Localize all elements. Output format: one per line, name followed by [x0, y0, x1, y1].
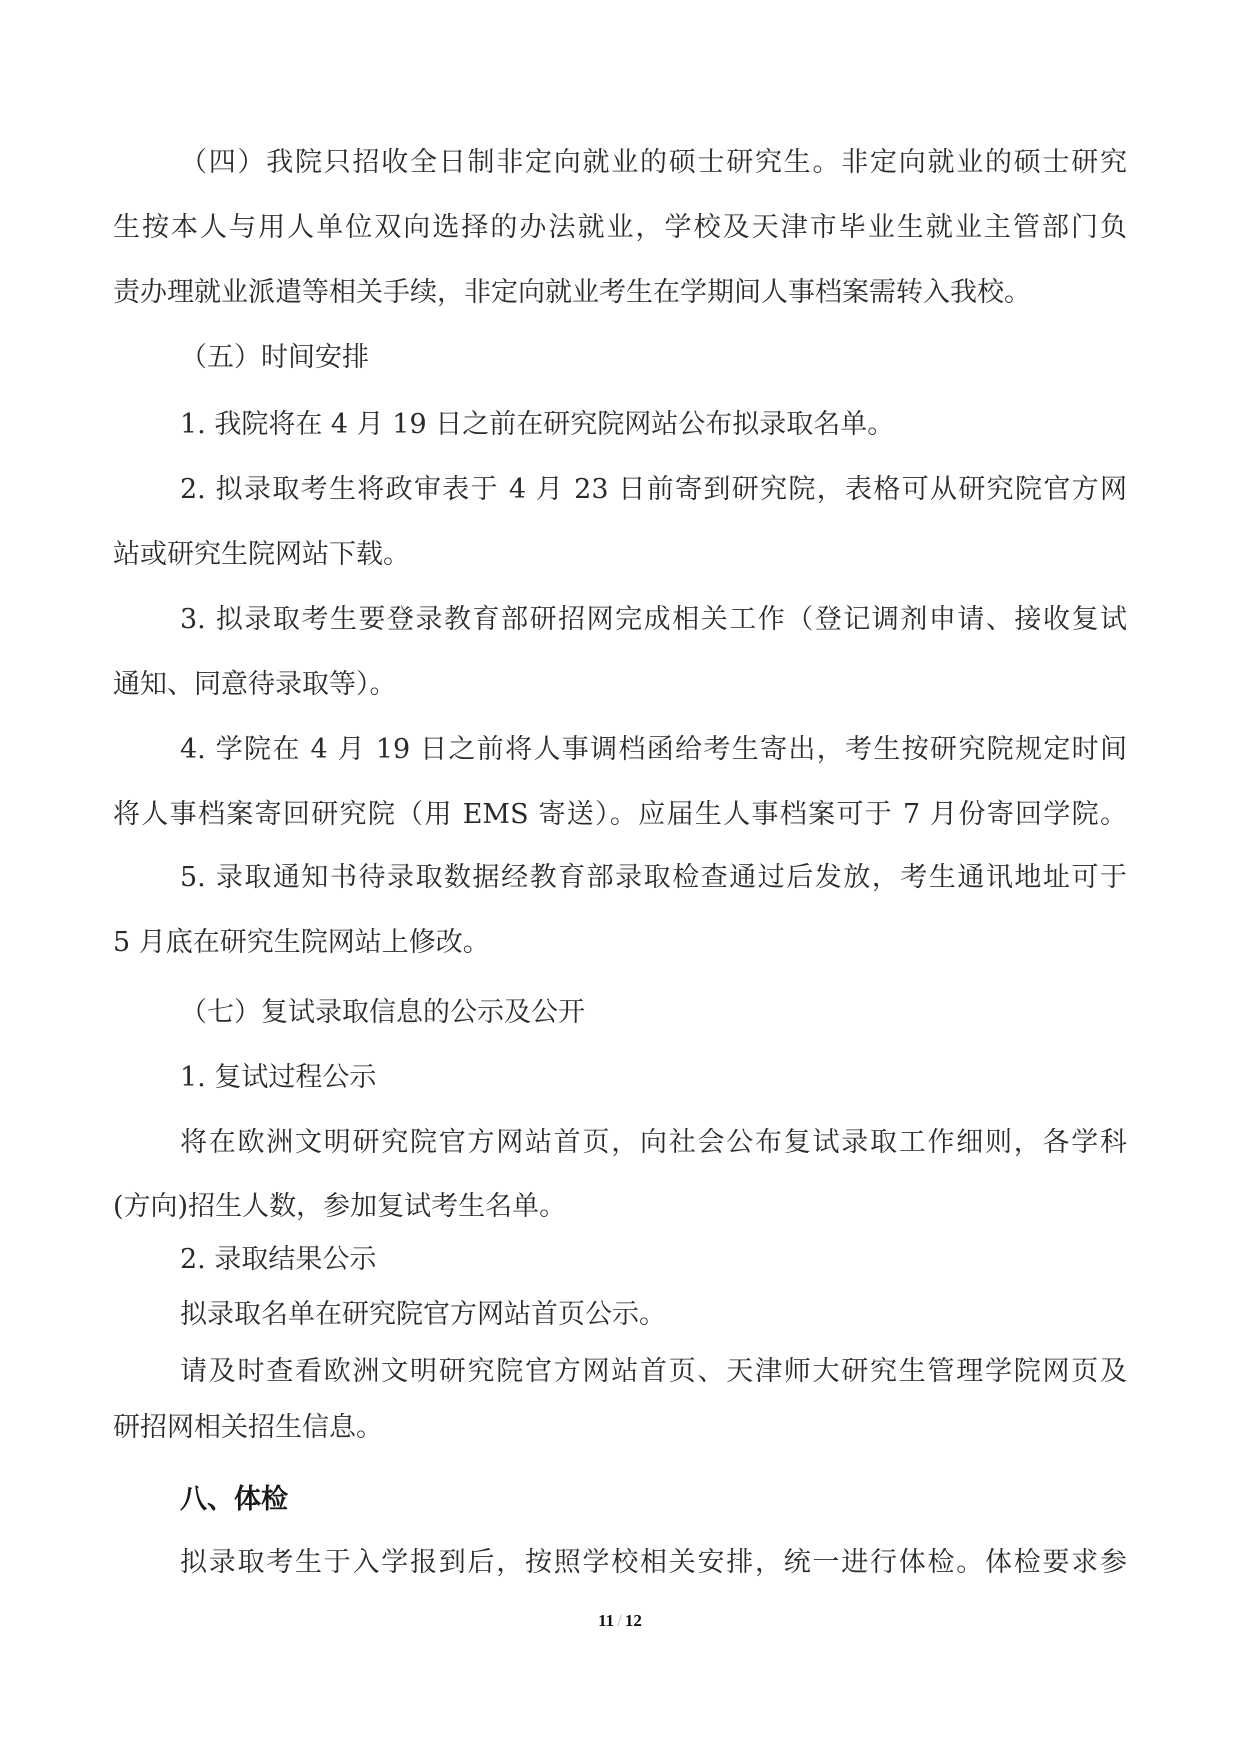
- schedule-item-5-line-2: 5 月底在研究生院网站上修改。: [113, 923, 490, 963]
- section-5-title: （五）时间安排: [180, 338, 369, 378]
- document-page: （四）我院只招收全日制非定向就业的硕士研究生。非定向就业的硕士研究 生按本人与用…: [0, 0, 1240, 1754]
- publicity-sub-1-line-1: 将在欧洲文明研究院官方网站首页，向社会公布复试录取工作细则，各学科: [180, 1123, 1127, 1163]
- schedule-item-4-line-2: 将人事档案寄回研究院（用 EMS 寄送）。应届生人事档案可于 7 月份寄回学院。: [113, 795, 1127, 835]
- section-8-heading: 八、体检: [180, 1480, 288, 1520]
- publicity-sub-2-text: 拟录取名单在研究院官方网站首页公示。: [180, 1295, 666, 1335]
- section-7-title: （七）复试录取信息的公示及公开: [180, 993, 585, 1033]
- publicity-sub-1-title: 1. 复试过程公示: [180, 1058, 376, 1098]
- paragraph-4-line-2: 生按本人与用人单位双向选择的办法就业，学校及天津市毕业生就业主管部门负: [113, 208, 1127, 248]
- schedule-item-3-line-1: 3. 拟录取考生要登录教育部研招网完成相关工作（登记调剂申请、接收复试: [180, 600, 1127, 640]
- publicity-notice-line-1: 请及时查看欧洲文明研究院官方网站首页、天津师大研究生管理学院网页及: [180, 1352, 1127, 1392]
- publicity-sub-2-title: 2. 录取结果公示: [180, 1240, 376, 1280]
- section-8-line-1: 拟录取考生于入学报到后，按照学校相关安排，统一进行体检。体检要求参: [180, 1543, 1127, 1583]
- paragraph-4-line-1: （四）我院只招收全日制非定向就业的硕士研究生。非定向就业的硕士研究: [180, 143, 1127, 183]
- schedule-item-5-line-1: 5. 录取通知书待录取数据经教育部录取检查通过后发放，考生通讯地址可于: [180, 858, 1127, 898]
- schedule-item-4-line-1: 4. 学院在 4 月 19 日之前将人事调档函给考生寄出，考生按研究院规定时间: [180, 730, 1127, 770]
- page-number-total: 12: [625, 1611, 642, 1630]
- page-number-separator: /: [617, 1611, 622, 1630]
- page-number-current: 11: [598, 1611, 614, 1630]
- publicity-notice-line-2: 研招网相关招生信息。: [113, 1408, 383, 1448]
- schedule-item-3-line-2: 通知、同意待录取等）。: [113, 665, 397, 705]
- schedule-item-1: 1. 我院将在 4 月 19 日之前在研究院网站公布拟录取名单。: [180, 405, 894, 445]
- paragraph-4-line-3: 责办理就业派遣等相关手续，非定向就业考生在学期间人事档案需转入我校。: [113, 273, 1031, 313]
- publicity-sub-1-line-2: (方向)招生人数，参加复试考生名单。: [113, 1187, 566, 1227]
- page-number: 11/12: [0, 1611, 1240, 1631]
- schedule-item-2-line-1: 2. 拟录取考生将政审表于 4 月 23 日前寄到研究院，表格可从研究院官方网: [180, 470, 1127, 510]
- schedule-item-2-line-2: 站或研究生院网站下载。: [113, 535, 410, 575]
